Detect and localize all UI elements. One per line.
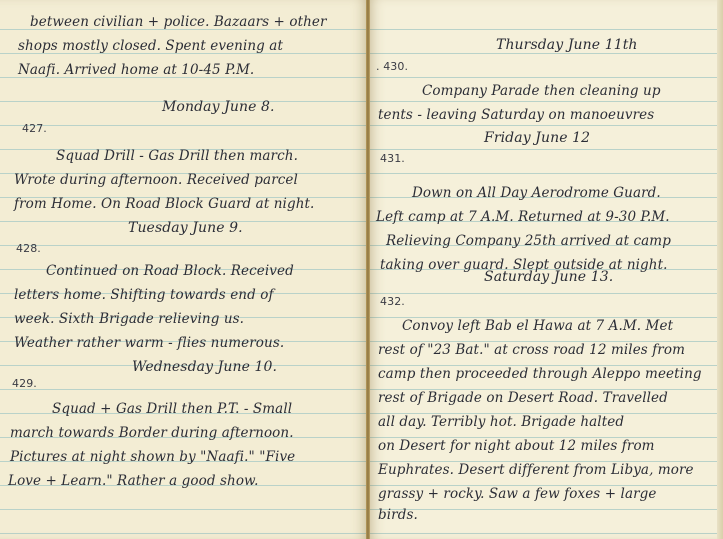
text-line: Relieving Company 25th arrived at camp	[386, 232, 671, 250]
page-edge	[717, 0, 723, 539]
text-line: between civilian + police. Bazaars + oth…	[30, 13, 327, 31]
text-line: Weather rather warm - flies numerous.	[14, 334, 284, 352]
text-line: camp then proceeded through Aleppo meeti…	[378, 365, 702, 383]
text-line: Company Parade then cleaning up	[422, 82, 661, 100]
text-line: march towards Border during afternoon.	[10, 424, 294, 442]
text-line: Down on All Day Aerodrome Guard.	[412, 184, 661, 202]
entry-number: 431.	[380, 150, 405, 168]
text-line: week. Sixth Brigade relieving us.	[14, 310, 244, 328]
date-heading: Saturday June 13.	[484, 268, 613, 286]
date-heading: Thursday June 11th	[496, 36, 638, 54]
entry-number: . 430.	[376, 58, 408, 76]
text-line: grassy + rocky. Saw a few foxes + large	[378, 485, 656, 503]
text-line: from Home. On Road Block Guard at night.	[14, 195, 314, 213]
text-line: all day. Terribly hot. Brigade halted	[378, 413, 624, 431]
text-line: birds.	[378, 506, 418, 524]
text-line: Convoy left Bab el Hawa at 7 A.M. Met	[402, 317, 673, 335]
text-line: tents - leaving Saturday on manoeuvres	[378, 106, 654, 124]
entry-number: 429.	[12, 375, 37, 393]
date-heading: Friday June 12	[484, 129, 590, 147]
book-gutter	[366, 0, 370, 539]
left-page: between civilian + police. Bazaars + oth…	[0, 0, 368, 539]
text-line: Love + Learn." Rather a good show.	[8, 472, 259, 490]
text-line: Left camp at 7 A.M. Returned at 9-30 P.M…	[376, 208, 670, 226]
text-line: Wrote during afternoon. Received parcel	[14, 171, 298, 189]
text-line: Squad Drill - Gas Drill then march.	[56, 147, 298, 165]
text-line: shops mostly closed. Spent evening at	[18, 37, 283, 55]
entry-number: 427.	[22, 120, 47, 138]
text-line: Naafi. Arrived home at 10-45 P.M.	[18, 61, 254, 79]
date-heading: Monday June 8.	[162, 98, 275, 116]
text-line: Squad + Gas Drill then P.T. - Small	[52, 400, 292, 418]
text-line: on Desert for night about 12 miles from	[378, 437, 655, 455]
entry-number: 432.	[380, 293, 405, 311]
date-heading: Wednesday June 10.	[132, 358, 277, 376]
text-line: rest of "23 Bat." at cross road 12 miles…	[378, 341, 685, 359]
text-line: rest of Brigade on Desert Road. Travelle…	[378, 389, 668, 407]
diary-spread: between civilian + police. Bazaars + oth…	[0, 0, 723, 539]
date-heading: Tuesday June 9.	[128, 219, 243, 237]
entry-number: 428.	[16, 240, 41, 258]
text-line: letters home. Shifting towards end of	[14, 286, 274, 304]
text-line: Euphrates. Desert different from Libya, …	[378, 461, 694, 479]
right-page: Thursday June 11th . 430. Company Parade…	[368, 0, 723, 539]
text-line: Continued on Road Block. Received	[46, 262, 294, 280]
text-line: Pictures at night shown by "Naafi." "Fiv…	[10, 448, 295, 466]
